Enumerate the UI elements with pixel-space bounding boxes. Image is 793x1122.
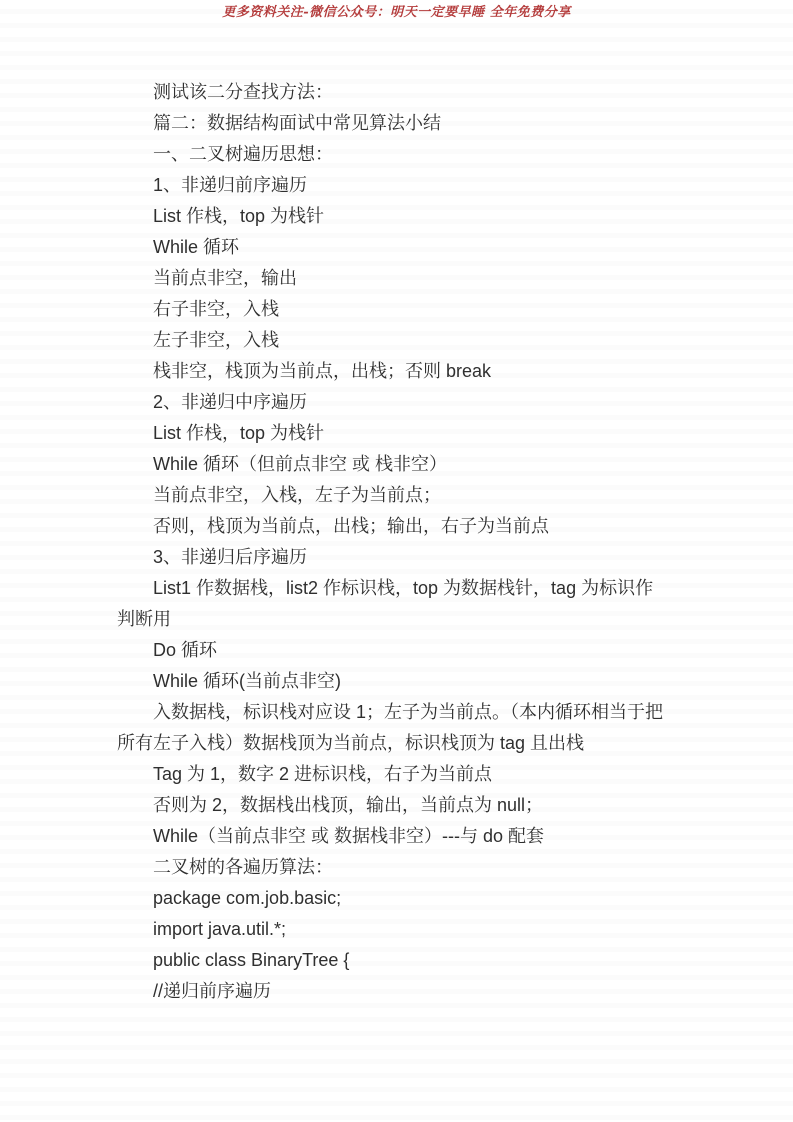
text-line: List 作栈，top 为栈针 <box>117 201 737 232</box>
text-line: List1 作数据栈，list2 作标识栈，top 为数据栈针，tag 为标识作 <box>117 573 737 604</box>
document-body: 测试该二分查找方法：篇二：数据结构面试中常见算法小结一、二叉树遍历思想：1、非递… <box>117 77 737 1007</box>
text-line: While 循环 <box>117 232 737 263</box>
text-line: While 循环（但前点非空 或 栈非空） <box>117 449 737 480</box>
text-line: 2、非递归中序遍历 <box>117 387 737 418</box>
text-line: Tag 为 1，数字 2 进标识栈，右子为当前点 <box>117 759 737 790</box>
text-line: While（当前点非空 或 数据栈非空）---与 do 配套 <box>117 821 737 852</box>
text-line: 入数据栈，标识栈对应设 1；左子为当前点。（本内循环相当于把 <box>117 697 737 728</box>
text-line: package com.job.basic; <box>117 883 737 914</box>
text-line: While 循环(当前点非空) <box>117 666 737 697</box>
text-line: 当前点非空，入栈，左子为当前点； <box>117 480 737 511</box>
text-line: List 作栈，top 为栈针 <box>117 418 737 449</box>
text-line: Do 循环 <box>117 635 737 666</box>
text-line: 否则，栈顶为当前点，出栈；输出，右子为当前点 <box>117 511 737 542</box>
text-line: import java.util.*; <box>117 914 737 945</box>
text-line: public class BinaryTree { <box>117 945 737 976</box>
text-line: 当前点非空，输出 <box>117 263 737 294</box>
text-line: 右子非空，入栈 <box>117 294 737 325</box>
text-line: 1、非递归前序遍历 <box>117 170 737 201</box>
text-line: 栈非空，栈顶为当前点，出栈；否则 break <box>117 356 737 387</box>
header-notice: 更多资料关注-微信公众号：明天一定要早睡 全年免费分享 <box>0 5 793 21</box>
text-line: 篇二：数据结构面试中常见算法小结 <box>117 108 737 139</box>
text-line: //递归前序遍历 <box>117 976 737 1007</box>
text-line: 二叉树的各遍历算法： <box>117 852 737 883</box>
document-page: 更多资料关注-微信公众号：明天一定要早睡 全年免费分享 测试该二分查找方法：篇二… <box>0 0 793 1122</box>
text-line: 一、二叉树遍历思想： <box>117 139 737 170</box>
text-line: 3、非递归后序遍历 <box>117 542 737 573</box>
text-line: 左子非空，入栈 <box>117 325 737 356</box>
text-line: 否则为 2，数据栈出栈顶，输出，当前点为 null； <box>117 790 737 821</box>
text-line: 测试该二分查找方法： <box>117 77 737 108</box>
text-line: 所有左子入栈）数据栈顶为当前点，标识栈顶为 tag 且出栈 <box>117 728 737 759</box>
text-line: 判断用 <box>117 604 737 635</box>
